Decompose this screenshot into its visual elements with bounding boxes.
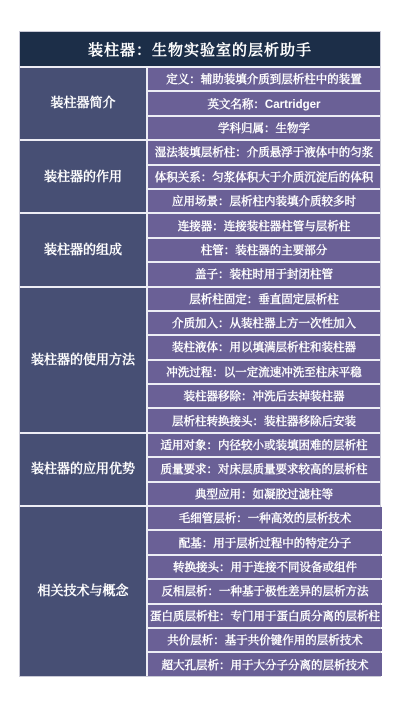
item-row: 反相层析：一种基于极性差异的层析方法	[148, 580, 382, 602]
category-cell-function: 装柱器的作用	[20, 141, 146, 212]
item-row: 层析柱固定：垂直固定层析柱	[148, 288, 380, 310]
section-function-items: 湿法装填层析柱：介质悬浮于液体中的匀浆 体积关系：匀浆体积大于介质沉淀后的体积 …	[148, 141, 380, 212]
item-row: 质量要求：对床层质量要求较高的层析柱	[148, 458, 380, 480]
item-row: 装柱器移除：冲洗后去掉装柱器	[148, 385, 380, 407]
page-title: 装柱器：生物实验室的层析助手	[20, 32, 380, 66]
category-cell-composition: 装柱器的组成	[20, 214, 146, 285]
item-row: 适用对象：内径较小或装填困难的层析柱	[148, 434, 380, 456]
item-row: 蛋白质层析柱：专门用于蛋白质分离的层析柱	[148, 605, 382, 627]
item-row: 连接器：连接装柱器柱管与层析柱	[148, 214, 380, 236]
item-row: 超大孔层析：用于大分子分离的层析技术	[148, 653, 382, 675]
section-related-concepts-items: 毛细管层析：一种高效的层析技术 配基：用于层析过程中的特定分子 转换接头：用于连…	[148, 507, 382, 676]
category-cell-intro: 装柱器简介	[20, 68, 146, 139]
section-advantages: 装柱器的应用优势 适用对象：内径较小或装填困难的层析柱 质量要求：对床层质量要求…	[20, 434, 380, 505]
item-row: 共价层析：基于共价键作用的层析技术	[148, 629, 382, 651]
page-canvas: 装柱器：生物实验室的层析助手 装柱器简介 定义：辅助装填介质到层析柱中的装置 英…	[0, 0, 400, 710]
section-composition-items: 连接器：连接装柱器柱管与层析柱 柱管：装柱器的主要部分 盖子：装柱时用于封闭柱管	[148, 214, 380, 285]
section-advantages-items: 适用对象：内径较小或装填困难的层析柱 质量要求：对床层质量要求较高的层析柱 典型…	[148, 434, 380, 505]
item-row: 湿法装填层析柱：介质悬浮于液体中的匀浆	[148, 141, 380, 163]
item-row: 冲洗过程：以一定流速冲洗至柱床平稳	[148, 361, 380, 383]
item-row: 盖子：装柱时用于封闭柱管	[148, 263, 380, 285]
section-composition: 装柱器的组成 连接器：连接装柱器柱管与层析柱 柱管：装柱器的主要部分 盖子：装柱…	[20, 214, 380, 285]
item-row: 学科归属：生物学	[148, 117, 380, 139]
item-row: 毛细管层析：一种高效的层析技术	[148, 507, 382, 529]
section-function: 装柱器的作用 湿法装填层析柱：介质悬浮于液体中的匀浆 体积关系：匀浆体积大于介质…	[20, 141, 380, 212]
category-cell-advantages: 装柱器的应用优势	[20, 434, 146, 505]
category-cell-related-concepts: 相关技术与概念	[20, 507, 146, 676]
item-row: 转换接头：用于连接不同设备或组件	[148, 556, 382, 578]
section-related-concepts: 相关技术与概念 毛细管层析：一种高效的层析技术 配基：用于层析过程中的特定分子 …	[20, 507, 380, 676]
section-usage-items: 层析柱固定：垂直固定层析柱 介质加入：从装柱器上方一次性加入 装柱液体：用以填满…	[148, 288, 380, 432]
mindmap-table: 装柱器：生物实验室的层析助手 装柱器简介 定义：辅助装填介质到层析柱中的装置 英…	[19, 31, 381, 677]
item-row: 柱管：装柱器的主要部分	[148, 239, 380, 261]
section-intro: 装柱器简介 定义：辅助装填介质到层析柱中的装置 英文名称：Cartridger …	[20, 68, 380, 139]
item-row: 层析柱转换接头：装柱器移除后安装	[148, 409, 380, 431]
item-row: 应用场景：层析柱内装填介质较多时	[148, 190, 380, 212]
item-row: 定义：辅助装填介质到层析柱中的装置	[148, 68, 380, 90]
category-cell-usage: 装柱器的使用方法	[20, 288, 146, 432]
item-row: 装柱液体：用以填满层析柱和装柱器	[148, 336, 380, 358]
item-row: 典型应用：如凝胶过滤柱等	[148, 483, 380, 505]
item-row: 介质加入：从装柱器上方一次性加入	[148, 312, 380, 334]
section-intro-items: 定义：辅助装填介质到层析柱中的装置 英文名称：Cartridger 学科归属：生…	[148, 68, 380, 139]
section-usage: 装柱器的使用方法 层析柱固定：垂直固定层析柱 介质加入：从装柱器上方一次性加入 …	[20, 288, 380, 432]
item-row: 体积关系：匀浆体积大于介质沉淀后的体积	[148, 166, 380, 188]
item-row: 英文名称：Cartridger	[148, 92, 380, 114]
item-row: 配基：用于层析过程中的特定分子	[148, 531, 382, 553]
